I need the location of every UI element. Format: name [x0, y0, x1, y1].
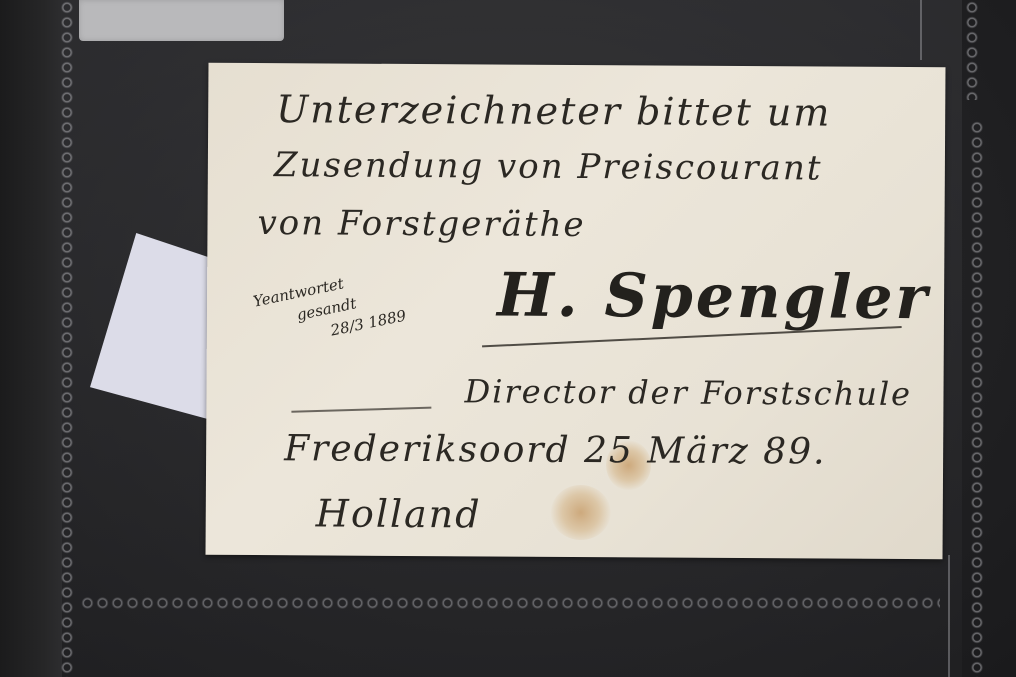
flourish-stroke	[291, 407, 431, 413]
sleeve-edge-line	[948, 555, 950, 677]
handwritten-card: Unterzeichneter bittet um Zusendung von …	[206, 63, 946, 559]
top-label-slip	[79, 0, 284, 41]
foxing-stain	[551, 485, 611, 540]
sleeve-stitch-right-top	[965, 0, 979, 100]
card-line-3: von Forstgeräthe	[257, 203, 585, 245]
place-date-line: Frederiksoord 25 März 89.	[284, 428, 827, 472]
margin-note: Yeantwortet gesandt 28/3 1889	[251, 261, 408, 355]
sleeve-stitch-left	[60, 0, 74, 677]
card-line-2: Zusendung von Preiscourant	[274, 145, 823, 188]
photo-scene: Unterzeichneter bittet um Zusendung von …	[0, 0, 1016, 677]
title-line: Director der Forstschule	[464, 372, 912, 413]
sleeve-edge-line	[920, 0, 922, 60]
sleeve-stitch-right	[970, 120, 984, 677]
sleeve-stitch-bottom	[80, 596, 940, 610]
country-line: Holland	[316, 491, 482, 536]
album-leather-edge	[0, 0, 62, 677]
card-line-1: Unterzeichneter bittet um	[276, 87, 831, 134]
signature: H. Spengler	[497, 261, 930, 334]
